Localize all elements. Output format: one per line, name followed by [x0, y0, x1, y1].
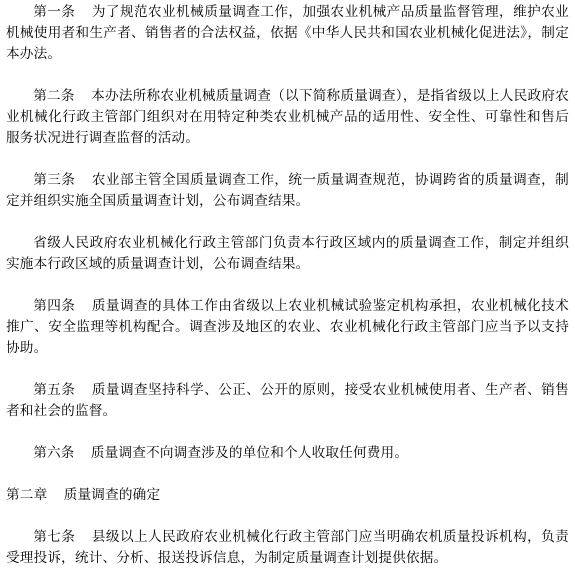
article-text: 农业部主管全国质量调查工作，统一质量调查规范，协调跨省的质量调查，制定并组织实施…	[6, 172, 569, 209]
article-label: 第三条	[33, 172, 75, 188]
article-7: 第七条县级以上人民政府农业机械化行政主管部门应当明确农机质量投诉机构，负责受理投…	[6, 527, 569, 569]
article-5: 第五条质量调查坚持科学、公正、公开的原则，接受农业机械使用者、生产者、销售者和社…	[6, 380, 569, 422]
article-label: 第六条	[33, 445, 74, 461]
article-label: 第一条	[33, 4, 75, 20]
article-3-paragraph-2: 省级人民政府农业机械化行政主管部门负责本行政区域内的质量调查工作，制定并组织实施…	[6, 233, 569, 275]
article-label: 第四条	[33, 298, 75, 314]
article-text: 为了规范农业机械质量调查工作，加强农业机械产品质量监督管理，维护农业机械使用者和…	[6, 4, 569, 62]
paragraph-text: 省级人民政府农业机械化行政主管部门负责本行政区域内的质量调查工作，制定并组织实施…	[6, 235, 569, 272]
article-text: 质量调查的具体工作由省级以上农业机械试验鉴定机构承担，农业机械化技术推广、安全监…	[6, 298, 569, 356]
article-1: 第一条为了规范农业机械质量调查工作，加强农业机械产品质量监督管理，维护农业机械使…	[6, 0, 569, 65]
article-text: 质量调查坚持科学、公正、公开的原则，接受农业机械使用者、生产者、销售者和社会的监…	[6, 382, 569, 419]
article-text: 本办法所称农业机械质量调查（以下简称质量调查），是指省级以上人民政府农业机械化行…	[6, 88, 569, 146]
article-label: 第五条	[33, 382, 75, 398]
article-label: 第七条	[33, 529, 75, 545]
article-4: 第四条质量调查的具体工作由省级以上农业机械试验鉴定机构承担，农业机械化技术推广、…	[6, 296, 569, 359]
article-6: 第六条质量调查不向调查涉及的单位和个人收取任何费用。	[6, 443, 569, 464]
document-body: 第一条为了规范农业机械质量调查工作，加强农业机械产品质量监督管理，维护农业机械使…	[0, 0, 575, 569]
article-text: 县级以上人民政府农业机械化行政主管部门应当明确农机质量投诉机构，负责受理投诉，统…	[6, 529, 569, 566]
article-text: 质量调查不向调查涉及的单位和个人收取任何费用。	[91, 445, 408, 461]
article-3: 第三条农业部主管全国质量调查工作，统一质量调查规范，协调跨省的质量调查，制定并组…	[6, 170, 569, 212]
chapter-heading: 第二章质量调查的确定	[6, 485, 569, 506]
article-2: 第二条本办法所称农业机械质量调查（以下简称质量调查），是指省级以上人民政府农业机…	[6, 86, 569, 149]
article-label: 第二条	[33, 88, 75, 104]
chapter-title: 质量调查的确定	[64, 487, 161, 503]
chapter-label: 第二章	[6, 487, 47, 503]
